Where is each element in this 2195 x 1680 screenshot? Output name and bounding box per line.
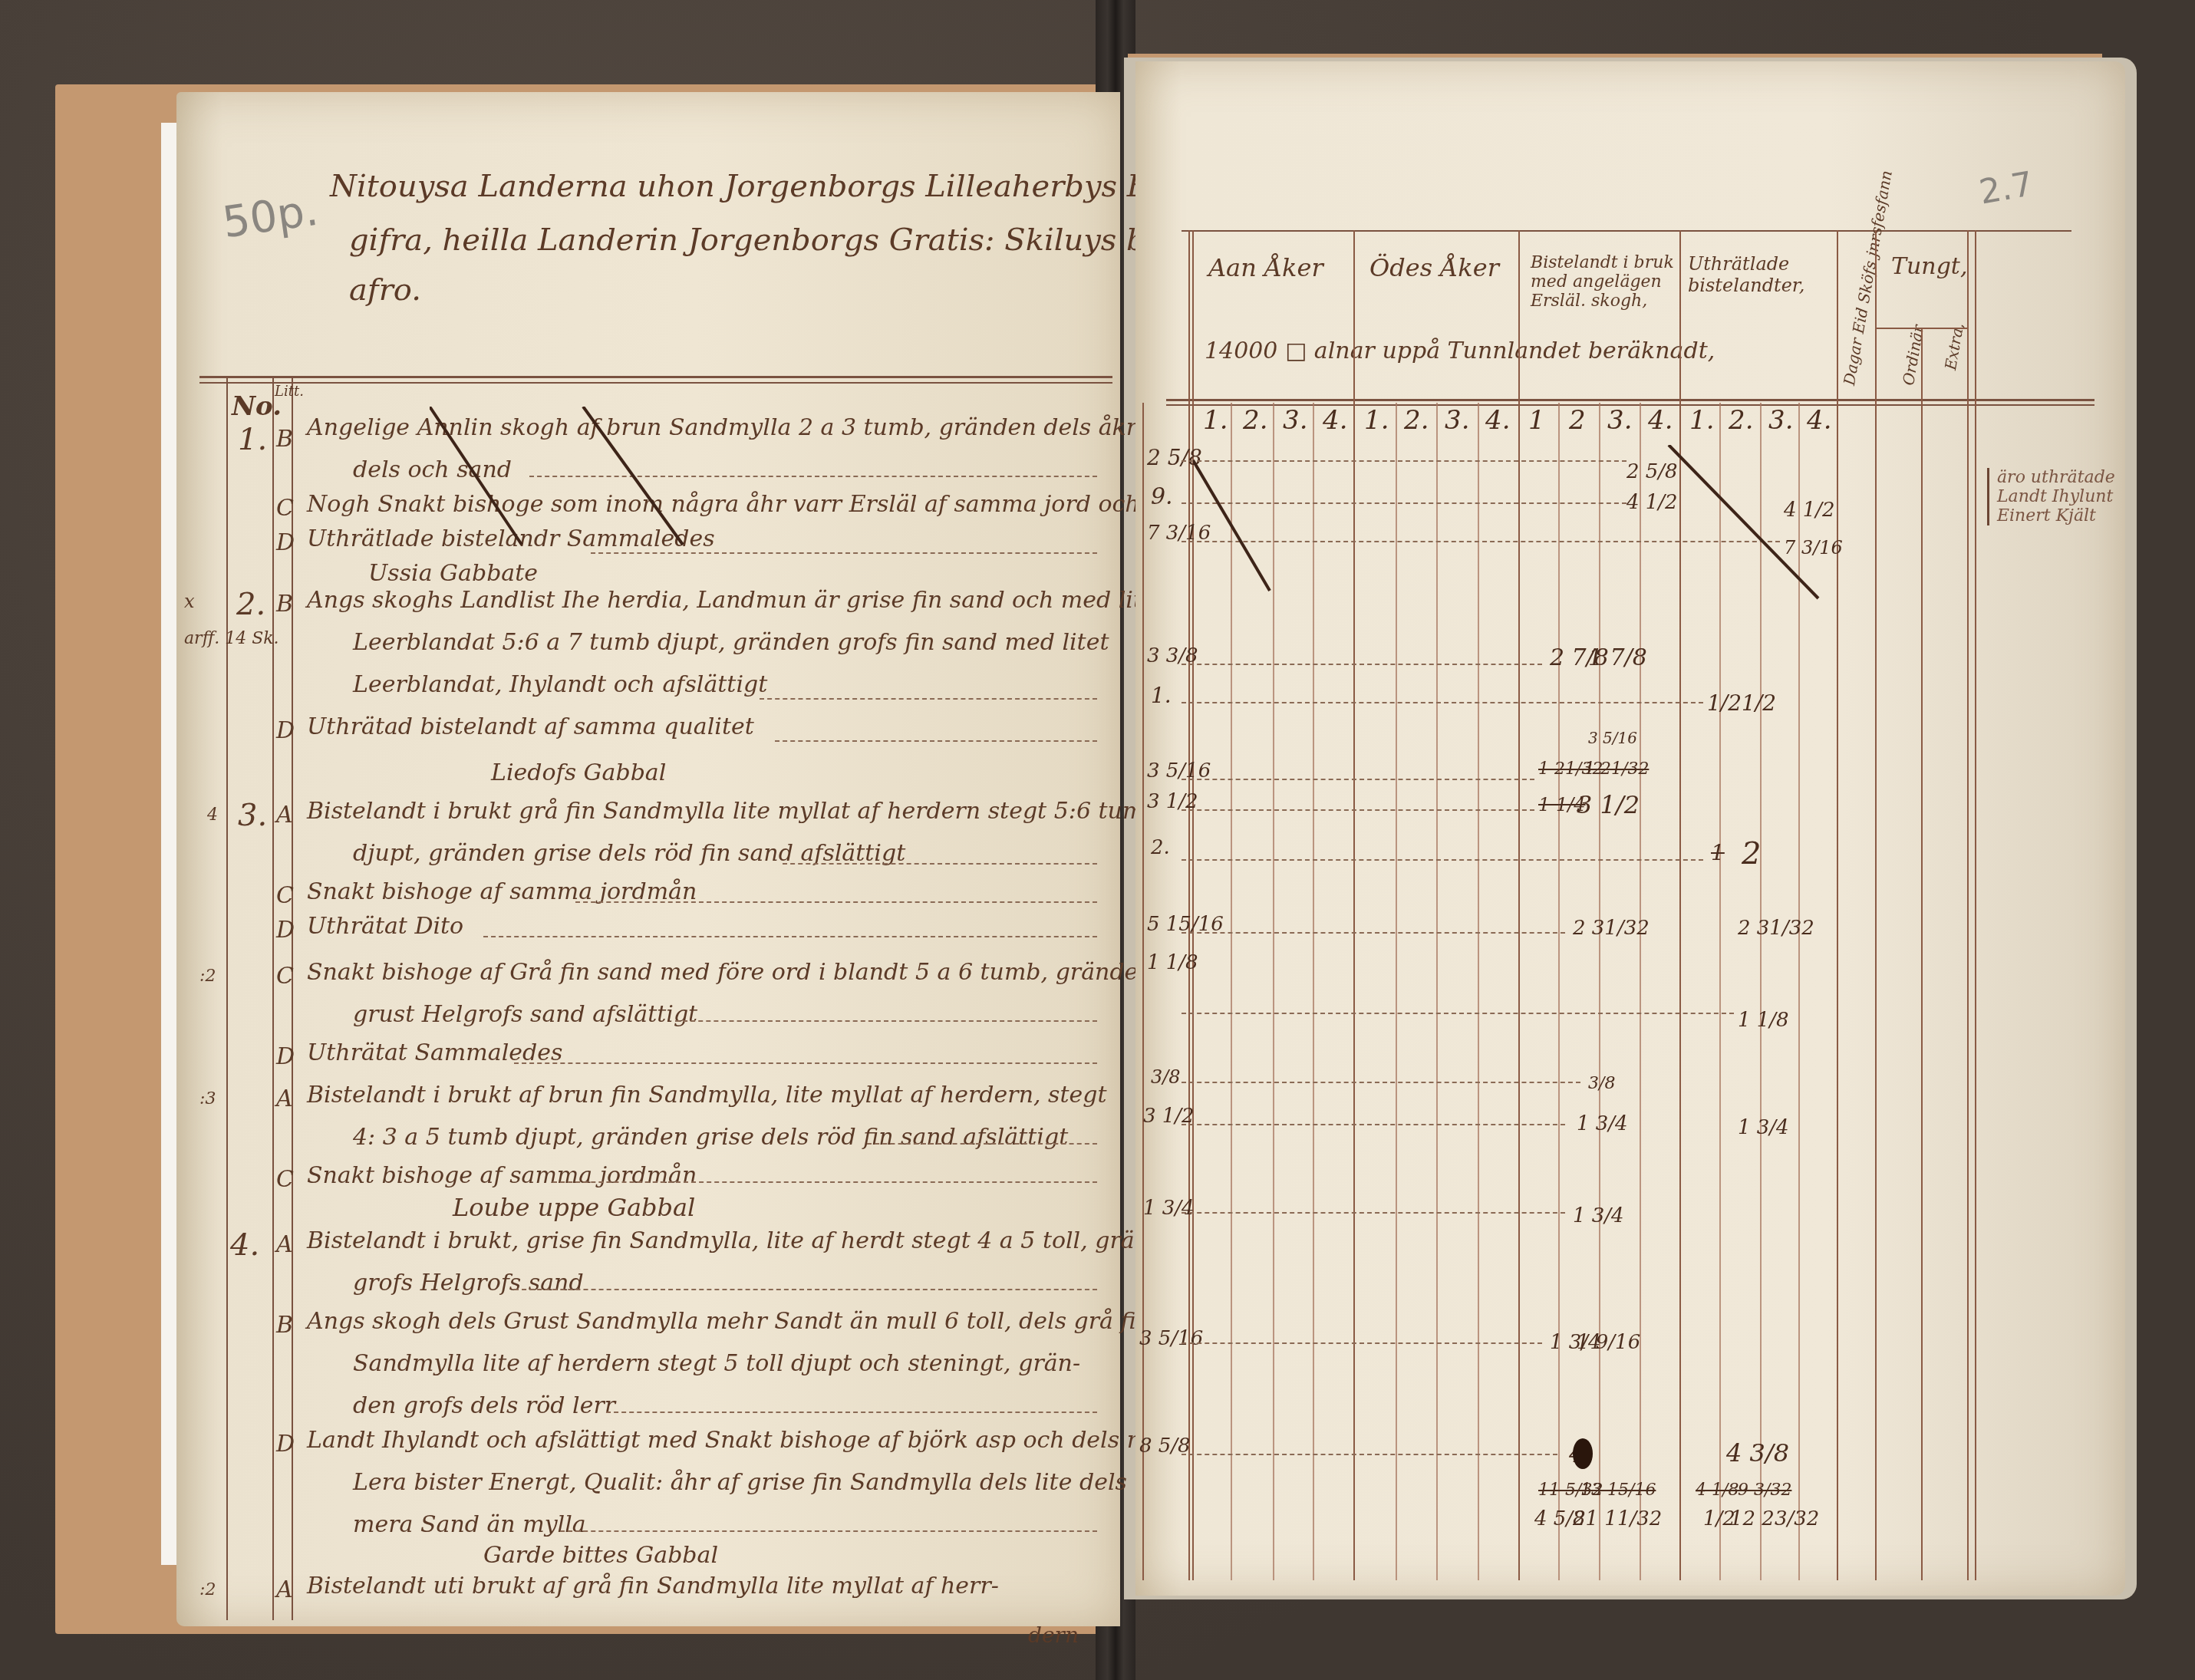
leader-dashes <box>560 1530 1097 1532</box>
entry-text: Uthrätad bistelandt af samma qualitet <box>307 713 754 740</box>
heading-line-3: afro. <box>349 272 421 308</box>
subcol: 4. <box>1323 405 1347 436</box>
entry-litt: A <box>276 1231 293 1258</box>
entry-litt: D <box>276 1431 295 1458</box>
row-value: 1 9/16 <box>1577 1331 1640 1354</box>
total-value: 21 11/32 <box>1573 1507 1662 1530</box>
entry-text: Angs skoghs Landlist Ihe herdia, Landmun… <box>307 587 1165 614</box>
entry-litt: C <box>276 963 294 990</box>
margin-mark: x <box>184 591 195 612</box>
row-value: 1/2 <box>1707 690 1742 716</box>
left-page: 50p. Nitouysa Landerna uhon Jorgenborgs … <box>176 92 1120 1626</box>
row-value: 1 7/8 <box>1588 644 1647 671</box>
margin-mark: :2 <box>199 1580 216 1599</box>
entry-text: Bistelandt uti brukt af grå fin Sandmyll… <box>307 1573 999 1599</box>
subcol: 3. <box>1445 405 1469 436</box>
entry-text: Sandmylla lite af herdern stegt 5 toll d… <box>353 1350 1080 1377</box>
subcol: 3. <box>1283 405 1307 436</box>
row-value: 1/2 <box>1742 690 1776 716</box>
leader-dashes <box>675 1020 1097 1022</box>
entry-text: Angs skogh dels Grust Sandmylla mehr San… <box>307 1308 1151 1335</box>
margin-note-line: äro uthrätade <box>1997 468 2115 487</box>
subcol: 1. <box>1364 405 1389 436</box>
leader-dashes <box>1182 1013 1734 1014</box>
entry-text: Leerblandat 5:6 a 7 tumb djupt, gränden … <box>353 629 1109 656</box>
entry-litt: D <box>276 1043 295 1070</box>
row-area: 1. <box>1151 683 1172 708</box>
margin-note: äro uthrätade Landt Ihylunt Einert Kjält <box>1987 468 2115 525</box>
entry-litt: C <box>276 495 294 522</box>
subcol: 2. <box>1243 405 1267 436</box>
col-rule-no-right <box>272 377 274 1620</box>
row-area: 3 5/16 <box>1139 1327 1203 1350</box>
entry-text: Lera bister Energt, Qualit: åhr af grise… <box>353 1469 1127 1496</box>
leader-dashes <box>1182 1124 1565 1125</box>
entry-litt: B <box>276 1312 293 1339</box>
leader-dashes <box>1182 1342 1542 1344</box>
margin-note-line: Landt Ihylunt <box>1997 487 2115 506</box>
total-struck: 4 1/8 <box>1696 1481 1739 1500</box>
row-value: 2 <box>1742 836 1761 871</box>
leader-dashes <box>867 1143 1097 1145</box>
subcol: 4. <box>1648 405 1673 436</box>
entry-litt: A <box>276 1085 293 1112</box>
row-value: 1 1/8 <box>1738 1009 1789 1032</box>
catchword: dern <box>1028 1622 1079 1648</box>
entry-text: 4: 3 a 5 tumb djupt, gränden grise dels … <box>353 1124 1068 1151</box>
leader-dashes <box>483 936 1097 937</box>
row-value: 1 3/4 <box>1738 1116 1789 1139</box>
entry-litt: B <box>276 426 293 453</box>
leader-dashes <box>606 1412 1097 1413</box>
row-value: 1 <box>1711 840 1725 865</box>
section-heading: Ussia Gabbate <box>368 560 538 587</box>
entry-text: grust Helgrofs sand afslättigt <box>353 1001 697 1028</box>
entry-text: grofs Helgrofs sand <box>353 1270 584 1296</box>
subcol: 1. <box>1689 405 1714 436</box>
entry-text: Leerblandat, Ihylandt och afslättigt <box>353 671 767 698</box>
row-value: 1 3/4 <box>1577 1112 1628 1135</box>
leader-dashes <box>1182 1454 1557 1455</box>
row-correction: 3 5/16 <box>1588 729 1637 747</box>
ink-blot <box>1573 1438 1593 1469</box>
leader-dashes <box>1182 664 1542 665</box>
total-struck: 13 15/16 <box>1580 1481 1656 1500</box>
entry-litt: A <box>276 1576 293 1603</box>
row-value: 2 31/32 <box>1738 917 1814 940</box>
pencil-folio-left: 50p. <box>219 186 321 249</box>
strike-through-marks <box>1193 445 1860 614</box>
subcol: 3. <box>1607 405 1632 436</box>
leader-dashes <box>1182 859 1703 861</box>
subcol: 4. <box>1485 405 1510 436</box>
row-value: 4 3/8 <box>1726 1438 1789 1468</box>
col-rule-no-left <box>226 377 228 1620</box>
margin-mark: 4 <box>207 805 218 825</box>
row-area: 3/8 <box>1151 1066 1181 1088</box>
col-header-litt: Litt. <box>275 384 304 400</box>
entry-text: mera Sand än mylla <box>353 1511 586 1538</box>
margin-mark: arff. 14 Sk. <box>184 629 279 648</box>
row-value: 3 1/2 <box>1577 790 1640 819</box>
entry-text: Landt Ihylandt och afslättigt med Snakt … <box>307 1427 1235 1454</box>
entry-text: Bistelandt i brukt, grise fin Sandmylla,… <box>307 1227 1192 1254</box>
subcol: 2. <box>1729 405 1753 436</box>
leader-dashes <box>1182 702 1703 703</box>
margin-mark: :2 <box>199 967 216 986</box>
row-area: 9. <box>1151 483 1173 510</box>
subcol: 3. <box>1768 405 1793 436</box>
leader-dashes <box>575 901 1097 903</box>
leader-dashes <box>775 740 1097 742</box>
subcol: 4. <box>1807 405 1831 436</box>
leader-dashes <box>514 1062 1097 1064</box>
header-rule-top <box>199 376 1112 378</box>
leader-dashes <box>783 863 1097 865</box>
right-page: 2.7 Aan Åker Ödes Åker Bistelandt i bruk… <box>1135 61 2125 1596</box>
total-struck: 9 3/32 <box>1738 1481 1791 1500</box>
entry-number: 3. <box>238 798 267 833</box>
entry-text: Bistelandt i brukt af brun fin Sandmylla… <box>307 1082 1107 1108</box>
margin-mark: :3 <box>199 1089 216 1108</box>
heading-line-2: gifra, heilla Landerin Jorgenborgs Grati… <box>349 222 1247 258</box>
row-value: 1 3/4 <box>1573 1204 1624 1227</box>
row-area: 2. <box>1151 836 1170 859</box>
row-area: 1 3/4 <box>1143 1197 1195 1220</box>
section-heading: Garde bittes Gabbal <box>483 1542 718 1569</box>
leader-dashes <box>552 1181 1097 1183</box>
pencil-folio-right: 2.7 <box>1976 164 2036 212</box>
heading-line-1: Nitouysa Landerna uhon Jorgenborgs Lille… <box>330 169 1221 204</box>
leader-dashes <box>1182 1082 1580 1083</box>
leader-dashes <box>1182 779 1534 780</box>
entry-litt: C <box>276 882 294 909</box>
section-heading: Liedofs Gabbal <box>491 759 666 786</box>
entry-number: 4. <box>230 1227 259 1263</box>
margin-note-line: Einert Kjält <box>1997 506 2115 525</box>
entry-text: den grofs dels röd lerr <box>353 1392 615 1419</box>
leader-dashes <box>1182 932 1565 934</box>
entry-litt: B <box>276 591 293 618</box>
leader-dashes <box>1182 1212 1565 1214</box>
entry-text: Snakt bishoge af samma jordmån <box>307 1162 697 1189</box>
subcol: 1 <box>1528 405 1545 436</box>
subcol: 1. <box>1203 405 1228 436</box>
leader-dashes <box>760 698 1097 700</box>
header-rule-2 <box>199 382 1112 384</box>
entry-text: Bistelandt i brukt grå fin Sandmylla lit… <box>307 798 1159 825</box>
entry-text: Snakt bishoge af Grå fin sand med före o… <box>307 959 1153 986</box>
row-area: 1 1/8 <box>1147 951 1198 974</box>
entry-text: Uthrätat Dito <box>307 913 463 940</box>
row-value: 1 21/32 <box>1584 759 1649 779</box>
entry-litt: D <box>276 917 295 944</box>
entry-litt: A <box>276 802 293 828</box>
row-value: 3/8 <box>1588 1074 1615 1093</box>
entry-number: 2. <box>236 587 265 622</box>
entry-litt: C <box>276 1166 294 1193</box>
leader-dashes <box>1182 809 1534 811</box>
entry-litt: D <box>276 717 295 744</box>
section-heading: Loube uppe Gabbal <box>453 1193 695 1222</box>
entry-litt: D <box>276 529 295 556</box>
row-value: 2 31/32 <box>1573 917 1650 940</box>
leader-dashes <box>514 1289 1097 1290</box>
subcol: 2 <box>1569 405 1586 436</box>
entry-number: 1. <box>238 422 267 457</box>
total-value: 12 23/32 <box>1730 1507 1819 1530</box>
strike-through-marks <box>430 407 752 575</box>
subcol: 2. <box>1404 405 1429 436</box>
